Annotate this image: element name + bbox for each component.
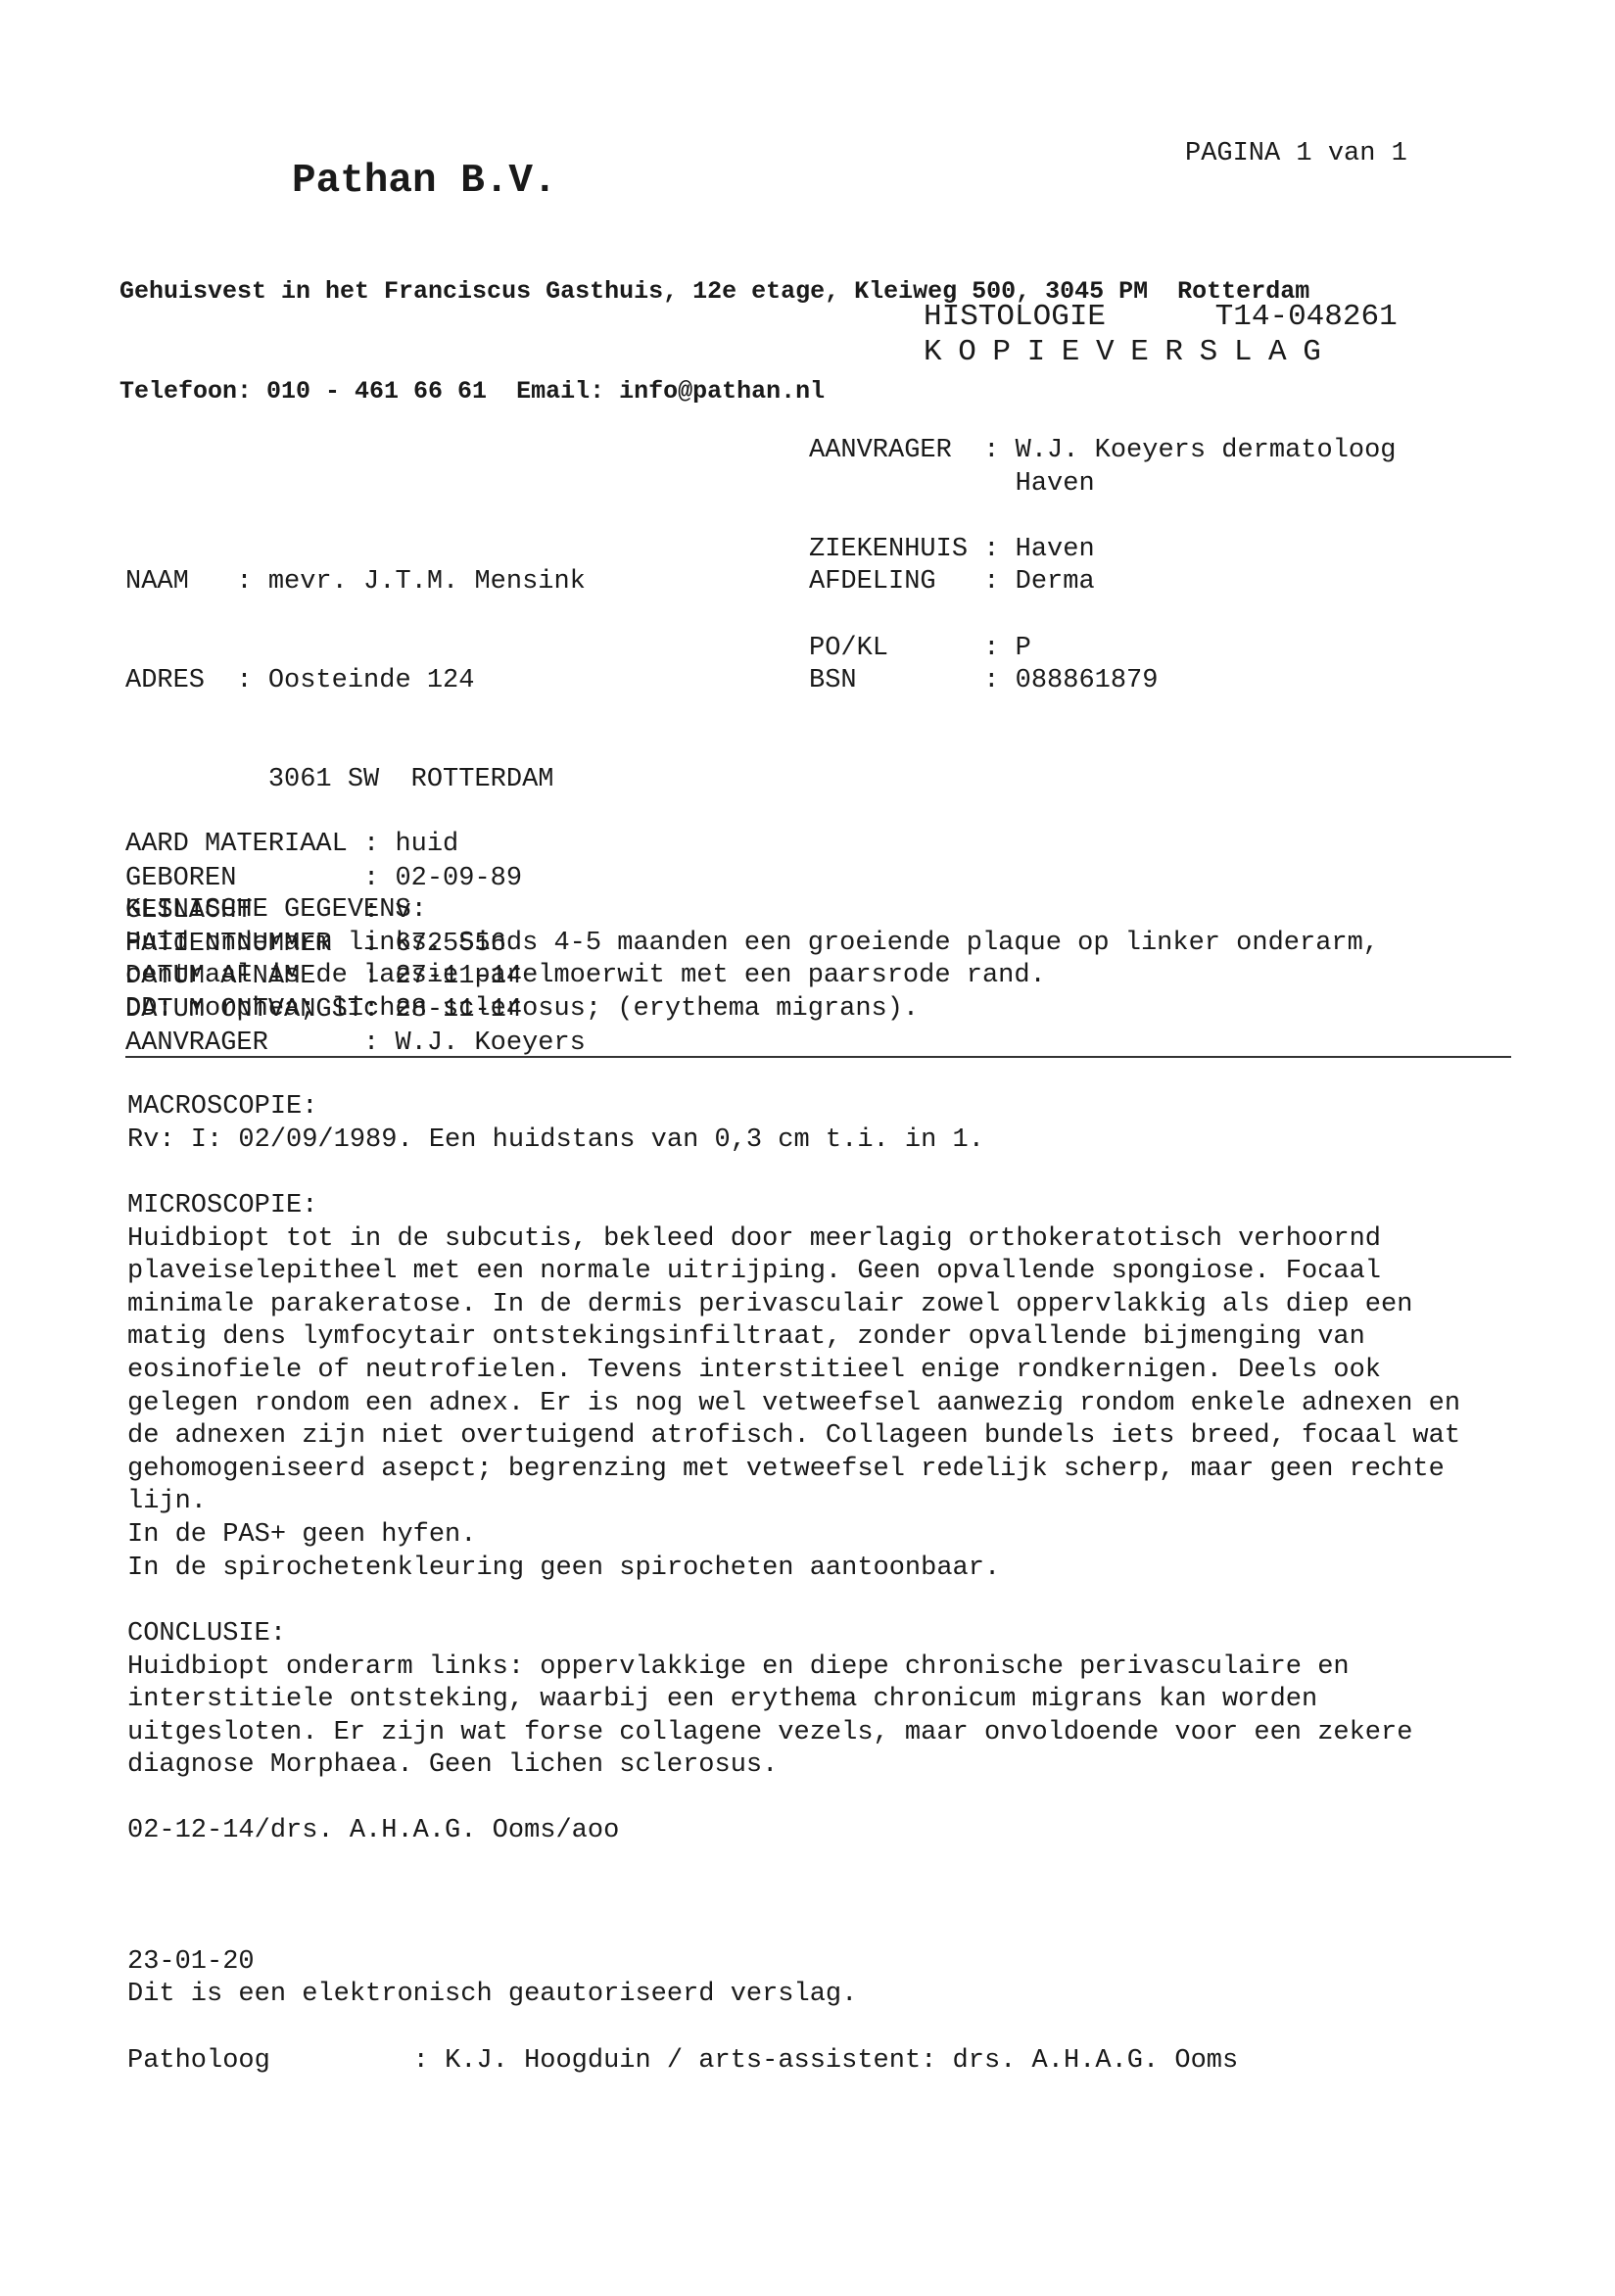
section-heading: CONCLUSIE: xyxy=(127,1618,1412,1651)
authorization-note: Dit is een elektronisch geautoriseerd ve… xyxy=(127,1979,857,2012)
requester-field-row: Haven xyxy=(809,468,1397,502)
pathologist-value: K.J. Hoogduin / arts-assistent: drs. A.H… xyxy=(445,2046,1238,2076)
field-label: ZIEKENHUIS : xyxy=(809,535,1016,564)
section-text-line: centraal is de laesie parelmoerwit met e… xyxy=(125,960,1379,993)
report-type: HISTOLOGIE xyxy=(924,300,1106,334)
field-value: W.J. Koeyers xyxy=(395,1028,585,1058)
requester-field-row: PO/KL : P xyxy=(809,633,1397,666)
section-divider xyxy=(125,1056,1511,1058)
section-text-line: Rv: I: 02/09/1989. Een huidstans van 0,3… xyxy=(127,1124,984,1158)
section-text-line: matig dens lymfocytair ontstekingsinfilt… xyxy=(127,1321,1460,1355)
section-text-line: minimale parakeratose. In de dermis peri… xyxy=(127,1289,1460,1322)
requester-field-row: ZIEKENHUIS : Haven xyxy=(809,534,1397,567)
patient-name-row: NAAM : mevr. J.T.M. Mensink xyxy=(125,566,586,599)
report-kind: KOPIEVERSLAG xyxy=(924,335,1337,369)
requester-field-row: AANVRAGER : W.J. Koeyers dermatoloog xyxy=(809,435,1397,468)
section-text-line: eosinofiele of neutrofielen. Tevens inte… xyxy=(127,1355,1460,1388)
spacer xyxy=(809,501,1397,534)
field-label xyxy=(809,469,1016,499)
material-row: AARD MATERIAAL : huid xyxy=(125,829,458,862)
section-text-line: DD: morphea; lichen sclerosus; (erythema… xyxy=(125,993,1379,1027)
patient-address-line1: Oosteinde 124 xyxy=(268,666,475,695)
report-number: T14-048261 xyxy=(1215,300,1398,334)
patient-address-label: ADRES xyxy=(125,666,236,695)
patient-address-row: ADRES : Oosteinde 124 xyxy=(125,665,586,698)
report-title: HISTOLOGIE T14-048261 xyxy=(924,301,1398,334)
field-label: AANVRAGER : xyxy=(809,436,1016,465)
section-heading: MICROSCOPIE: xyxy=(127,1190,1460,1223)
spacer xyxy=(809,599,1397,633)
patient-field-row: GEBOREN : 02-09-89 xyxy=(125,863,586,896)
company-name: Pathan B.V. xyxy=(292,159,557,204)
field-label: BSN : xyxy=(809,666,1016,695)
patient-address-line2: 3061 SW ROTTERDAM xyxy=(268,765,554,794)
field-label: GEBOREN : xyxy=(125,864,395,893)
page-indicator: PAGINA 1 van 1 xyxy=(1185,139,1407,168)
section-text-line: In de spirochetenkleuring geen spirochet… xyxy=(127,1553,1460,1586)
section-text-line: uitgesloten. Er zijn wat forse collagene… xyxy=(127,1717,1412,1750)
field-label: PO/KL : xyxy=(809,634,1016,663)
field-value: Haven xyxy=(1016,469,1095,499)
section-text-line: lijn. xyxy=(127,1486,1460,1519)
field-value: Haven xyxy=(1016,535,1095,564)
field-value: 088861879 xyxy=(1016,666,1159,695)
field-value: W.J. Koeyers dermatoloog xyxy=(1016,436,1397,465)
field-label: AANVRAGER : xyxy=(125,1028,395,1058)
section-heading: MACROSCOPIE: xyxy=(127,1091,984,1124)
section-text-line: Huidbiopt onderarm links: oppervlakkige … xyxy=(127,1651,1412,1685)
section-text-line: Huid onderarm links. Sinds 4-5 maanden e… xyxy=(125,928,1379,961)
report-date: 23-01-20 xyxy=(127,1946,1238,1980)
pathologist-row: Patholoog : K.J. Hoogduin / arts-assiste… xyxy=(127,2045,1238,2079)
pathologist-label: Patholoog xyxy=(127,2046,270,2076)
requester-field-row: BSN : 088861879 xyxy=(809,665,1397,698)
signature-line: 02-12-14/drs. A.H.A.G. Ooms/aoo xyxy=(127,1815,619,1848)
clinical-info-section: KLINISCHE GEGEVENS:Huid onderarm links. … xyxy=(125,894,1379,1026)
patient-address-row-2: 3061 SW ROTTERDAM xyxy=(125,764,586,797)
section-text-line: gelegen rondom een adnex. Er is nog wel … xyxy=(127,1388,1460,1421)
field-value: P xyxy=(1016,634,1031,663)
requester-block: AANVRAGER : W.J. Koeyers dermatoloog Hav… xyxy=(809,435,1397,698)
patient-name: mevr. J.T.M. Mensink xyxy=(268,567,586,597)
section-text-line: gehomogeniseerd asepct; begrenzing met v… xyxy=(127,1454,1460,1487)
material-value: huid xyxy=(395,830,458,859)
section-heading: KLINISCHE GEGEVENS: xyxy=(125,894,1379,928)
section-text-line: Huidbiopt tot in de subcutis, bekleed do… xyxy=(127,1223,1460,1257)
section-text-line: de adnexen zijn niet overtuigend atrofis… xyxy=(127,1420,1460,1454)
requester-field-row: AFDELING : Derma xyxy=(809,566,1397,599)
microscopy-section: MICROSCOPIE:Huidbiopt tot in de subcutis… xyxy=(127,1190,1460,1585)
patient-name-label: NAAM xyxy=(125,567,236,597)
conclusion-section: CONCLUSIE:Huidbiopt onderarm links: oppe… xyxy=(127,1618,1412,1783)
section-text-line: plaveiselepitheel met een normale uitrij… xyxy=(127,1256,1460,1289)
macroscopy-section: MACROSCOPIE:Rv: I: 02/09/1989. Een huids… xyxy=(127,1091,984,1157)
section-text-line: diagnose Morphaea. Geen lichen sclerosus… xyxy=(127,1749,1412,1783)
field-value: 02-09-89 xyxy=(395,864,522,893)
material-label: AARD MATERIAAL xyxy=(125,830,348,859)
field-label: AFDELING : xyxy=(809,567,1016,597)
section-text-line: interstitiele ontsteking, waarbij een er… xyxy=(127,1684,1412,1717)
section-text-line: In de PAS+ geen hyfen. xyxy=(127,1519,1460,1553)
field-value: Derma xyxy=(1016,567,1095,597)
company-phone-email: Telefoon: 010 - 461 66 61 Email: info@pa… xyxy=(119,375,1309,408)
